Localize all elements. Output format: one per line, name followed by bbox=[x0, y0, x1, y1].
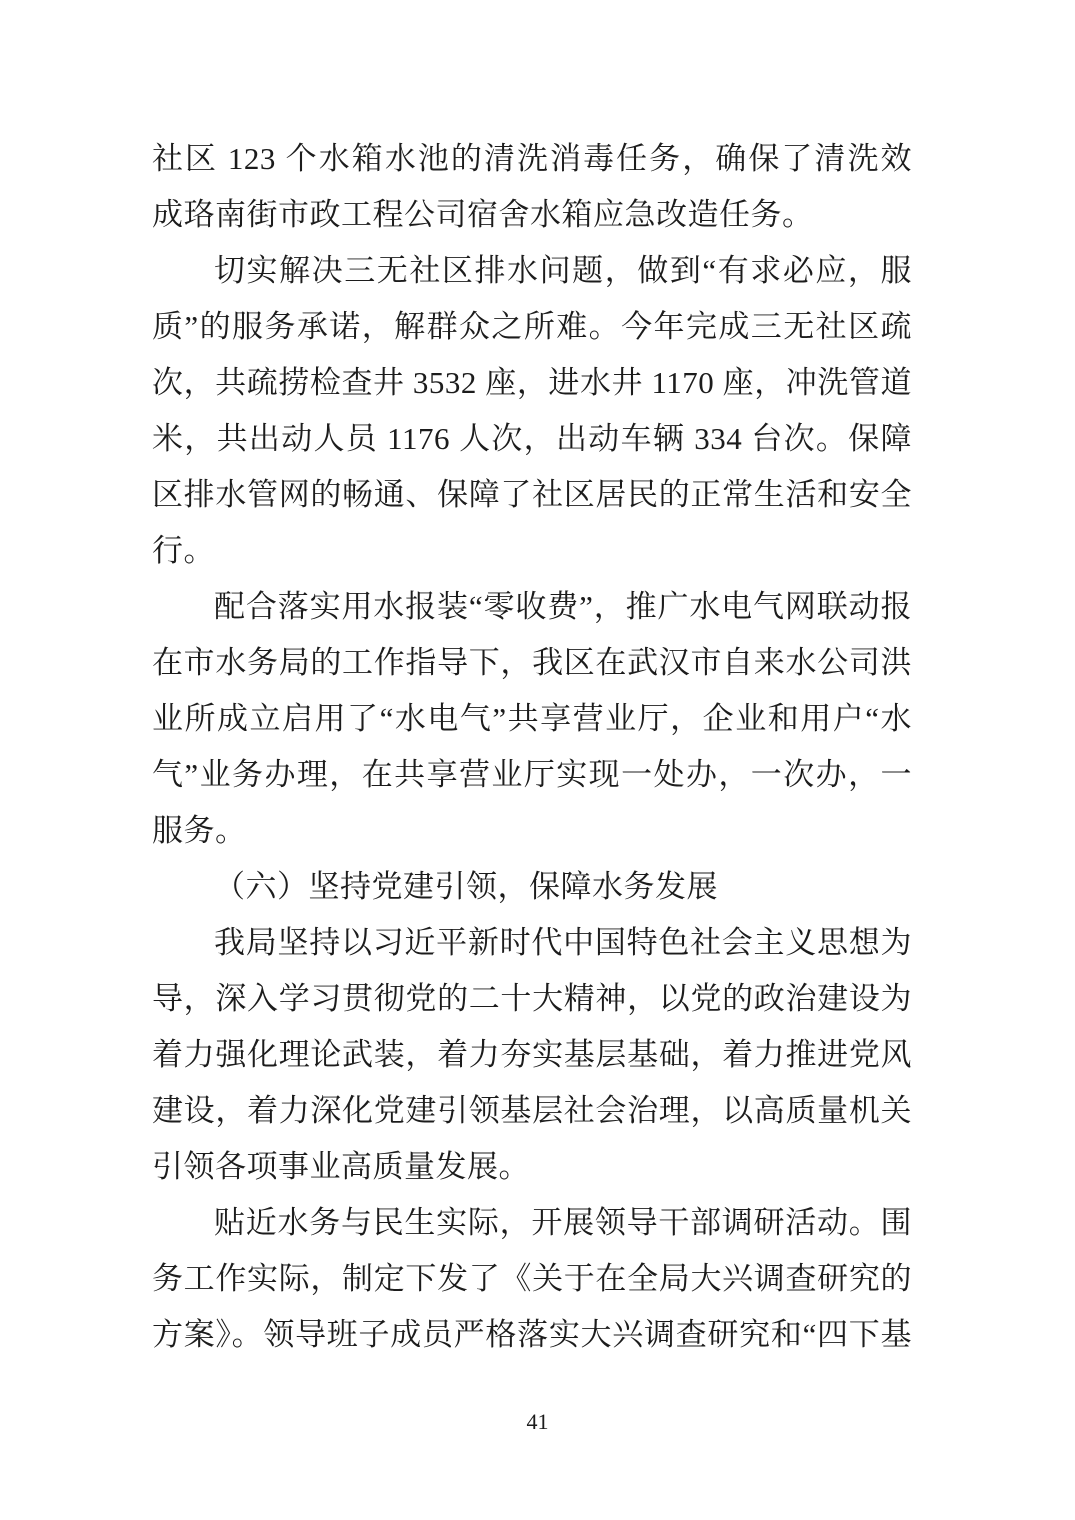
text-line: 服务。 bbox=[152, 803, 912, 859]
text-line: 配合落实用水报装“零收费”，推广水电气网联动报装。 bbox=[152, 579, 912, 635]
text-line: 务工作实际，制定下发了《关于在全局大兴调查研究的实施 bbox=[152, 1251, 912, 1307]
page-number: 41 bbox=[527, 1409, 549, 1434]
text-line: 米，共出动人员 1176 人次，出动车辆 334 台次。保障了社 bbox=[152, 411, 912, 467]
text-line: 成珞南街市政工程公司宿舍水箱应急改造任务。 bbox=[152, 187, 912, 243]
paragraph: （六）坚持党建引领，保障水务发展 bbox=[152, 859, 912, 915]
text-line: 业所成立启用了“水电气”共享营业厅，企业和用户“水电 bbox=[152, 691, 912, 747]
text-line: 区排水管网的畅通、保障了社区居民的正常生活和安全出 bbox=[152, 467, 912, 523]
document-page: 社区 123 个水箱水池的清洗消毒任务，确保了清洗效果。完成珞南街市政工程公司宿… bbox=[0, 0, 1075, 1520]
paragraph: 配合落实用水报装“零收费”，推广水电气网联动报装。在市水务局的工作指导下，我区在… bbox=[152, 579, 912, 859]
paragraph: 我局坚持以习近平新时代中国特色社会主义思想为指导，深入学习贯彻党的二十大精神，以… bbox=[152, 915, 912, 1195]
text-line: 我局坚持以习近平新时代中国特色社会主义思想为指 bbox=[152, 915, 912, 971]
text-line: 着力强化理论武装，着力夯实基层基础，着力推进党风廉政 bbox=[152, 1027, 912, 1083]
text-line: 在市水务局的工作指导下，我区在武汉市自来水公司洪山营 bbox=[152, 635, 912, 691]
text-line: 导，深入学习贯彻党的二十大精神，以党的政治建设为统领， bbox=[152, 971, 912, 1027]
text-line: 切实解决三无社区排水问题，做到“有求必应，服务优 bbox=[152, 243, 912, 299]
text-line: 行。 bbox=[152, 523, 912, 579]
paragraph: 贴近水务与民生实际，开展领导干部调研活动。围绕水务工作实际，制定下发了《关于在全… bbox=[152, 1195, 912, 1363]
paragraph: 切实解决三无社区排水问题，做到“有求必应，服务优质”的服务承诺，解群众之所难。今… bbox=[152, 243, 912, 579]
text-line: 社区 123 个水箱水池的清洗消毒任务，确保了清洗效果。完 bbox=[152, 131, 912, 187]
text-line: 质”的服务承诺，解群众之所难。今年完成三无社区疏捞 168 bbox=[152, 299, 912, 355]
text-line: （六）坚持党建引领，保障水务发展 bbox=[152, 859, 912, 915]
page-footer: 41 bbox=[0, 1408, 1075, 1436]
text-line: 引领各项事业高质量发展。 bbox=[152, 1139, 912, 1195]
document-body: 社区 123 个水箱水池的清洗消毒任务，确保了清洗效果。完成珞南街市政工程公司宿… bbox=[152, 131, 912, 1363]
text-line: 贴近水务与民生实际，开展领导干部调研活动。围绕水 bbox=[152, 1195, 912, 1251]
text-line: 方案》。领导班子成员严格落实大兴调查研究和“四下基层” bbox=[152, 1307, 912, 1363]
text-line: 次，共疏捞检查井 3532 座，进水井 1170 座，冲洗管道约 50810 bbox=[152, 355, 912, 411]
text-line: 气”业务办理，在共享营业厅实现一处办，一次办，一站式 bbox=[152, 747, 912, 803]
paragraph: 社区 123 个水箱水池的清洗消毒任务，确保了清洗效果。完成珞南街市政工程公司宿… bbox=[152, 131, 912, 243]
text-line: 建设，着力深化党建引领基层社会治理，以高质量机关党建 bbox=[152, 1083, 912, 1139]
